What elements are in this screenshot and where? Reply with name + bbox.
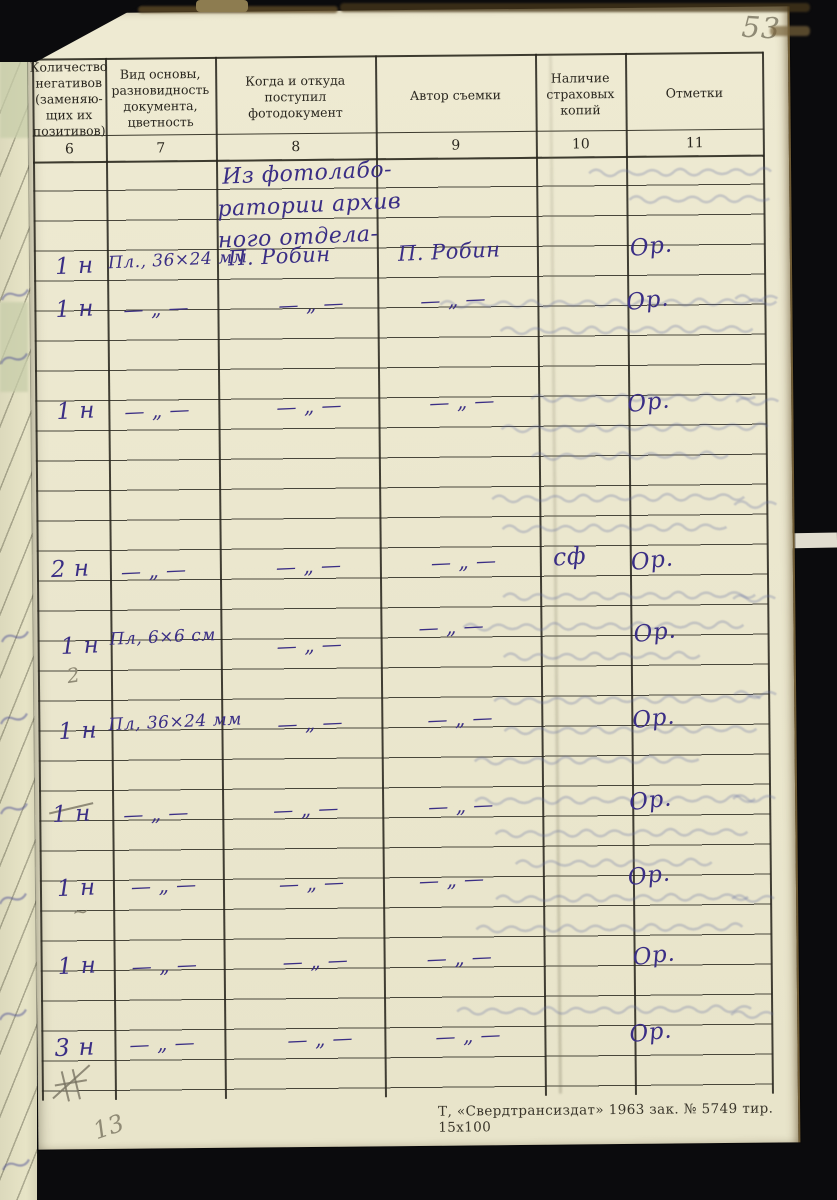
edge-ink-stroke bbox=[1, 628, 29, 645]
handwritten-entry: Ор. bbox=[627, 860, 672, 891]
edge-ink-stroke bbox=[0, 710, 28, 727]
worn-edge bbox=[340, 3, 810, 12]
handwritten-entry: — „ — bbox=[273, 796, 340, 823]
handwritten-entry: — „ — bbox=[130, 872, 197, 899]
edge-ink-stroke bbox=[1, 286, 29, 303]
handwritten-entry: — „ — bbox=[123, 800, 190, 827]
handwritten-entry: 1 н bbox=[52, 800, 92, 828]
handwritten-entry: — „ — bbox=[277, 710, 344, 737]
handwritten-entry: — „ — bbox=[430, 548, 497, 575]
handwritten-entry: 1 н bbox=[55, 295, 95, 323]
column-number: 7 bbox=[106, 134, 216, 161]
column-label: Автор съемки bbox=[375, 56, 536, 133]
handwritten-entry: — „ — bbox=[120, 557, 187, 584]
handwritten-entry: сф bbox=[552, 541, 587, 572]
worn-edge-tab bbox=[196, 0, 248, 12]
column-number: 8 bbox=[216, 132, 376, 160]
handwritten-entry: — „ — bbox=[435, 1022, 502, 1049]
handwritten-entry: 1 н bbox=[54, 252, 94, 280]
handwritten-entry: — „ — bbox=[278, 291, 345, 318]
pencil-annotation: ~ bbox=[71, 898, 90, 924]
handwritten-entry: — „ — bbox=[418, 613, 485, 640]
handwritten-entry: Ор. bbox=[625, 285, 670, 316]
column-header-7: Вид основы, разновидность документа, цве… bbox=[105, 59, 216, 161]
handwritten-entry: — „ — bbox=[427, 705, 494, 732]
handwritten-entry: П. Робин bbox=[227, 242, 331, 271]
handwritten-entry: — „ — bbox=[276, 393, 343, 420]
handwritten-entry: — „ — bbox=[428, 792, 495, 819]
handwritten-entry: — „ — bbox=[276, 632, 343, 659]
edge-ink-stroke bbox=[2, 1156, 30, 1173]
handwritten-entry: Ор. bbox=[632, 617, 677, 648]
handwritten-entry: Ор. bbox=[628, 785, 673, 816]
handwritten-entry: — „ — bbox=[278, 870, 345, 897]
column-header-8: Когда и откуда поступил фотодокумент 8 bbox=[215, 57, 376, 160]
column-header-9: Автор съемки 9 bbox=[375, 56, 536, 159]
register-page: 53 Количество негативов (заменяю- щих их… bbox=[28, 6, 801, 1149]
column-number: 9 bbox=[376, 131, 536, 159]
handwritten-entry: — „ — bbox=[124, 397, 191, 424]
handwritten-entry: Ор. bbox=[630, 545, 675, 576]
handwritten-entry: — „ — bbox=[426, 944, 493, 971]
handwritten-entry: — „ — bbox=[287, 1025, 354, 1052]
pencil-annotation: 13 bbox=[90, 1109, 128, 1145]
column-label: Отметки bbox=[625, 54, 764, 130]
column-label: Количество негативов (заменяю- щих их по… bbox=[32, 60, 106, 136]
handwritten-entry: 3 н bbox=[54, 1032, 95, 1062]
handwritten-entry: 1 н bbox=[56, 874, 96, 902]
handwritten-entry: 1 н bbox=[57, 952, 97, 980]
column-number: 11 bbox=[626, 129, 764, 156]
handwritten-entry: 1 н bbox=[58, 717, 98, 745]
handwritten-entry: 1 н bbox=[56, 397, 96, 425]
column-header-6: Количество негативов (заменяю- щих их по… bbox=[32, 60, 106, 162]
column-label: Когда и откуда поступил фотодокумент bbox=[215, 57, 376, 134]
handwritten-entry: Ор. bbox=[626, 387, 671, 418]
handwritten-entry: — „ — bbox=[123, 295, 190, 322]
handwritten-entry: 2 н bbox=[50, 555, 90, 583]
column-label: Вид основы, разновидность документа, цве… bbox=[105, 59, 216, 135]
worn-edge bbox=[770, 26, 810, 36]
column-number: 6 bbox=[33, 135, 106, 162]
handwritten-entry: — „ — bbox=[418, 866, 485, 893]
edge-ink-stroke bbox=[0, 800, 28, 817]
handwritten-entry: Ор. bbox=[631, 940, 676, 971]
handwritten-entry: — „ — bbox=[420, 286, 487, 313]
handwritten-entry: — „ — bbox=[429, 388, 496, 415]
handwritten-entry: — „ — bbox=[131, 952, 198, 979]
table-header: Количество негативов (заменяю- щих их по… bbox=[32, 52, 764, 164]
handwritten-entry: — „ — bbox=[275, 553, 342, 580]
handwritten-entry: Ор. bbox=[628, 231, 673, 262]
green-page-edge bbox=[0, 302, 28, 392]
edge-ink-stroke bbox=[0, 1006, 27, 1023]
column-header-11: Отметки 11 bbox=[625, 54, 764, 156]
handwritten-entry: Ор. bbox=[631, 703, 676, 734]
archival-photo-of-register-page: 53 Количество негативов (заменяю- щих их… bbox=[0, 0, 837, 1200]
handwritten-entry: 1 н bbox=[60, 632, 100, 660]
handwritten-entry: — „ — bbox=[282, 948, 349, 975]
handwritten-entry: П. Робин bbox=[397, 237, 501, 266]
handwritten-entry: — „ — bbox=[129, 1030, 196, 1057]
handwritten-entry: Ор. bbox=[628, 1017, 673, 1048]
printers-imprint: Т, «Свердтрансиздат» 1963 зак. № 5749 ти… bbox=[438, 1100, 798, 1135]
edge-ink-stroke bbox=[0, 890, 27, 907]
